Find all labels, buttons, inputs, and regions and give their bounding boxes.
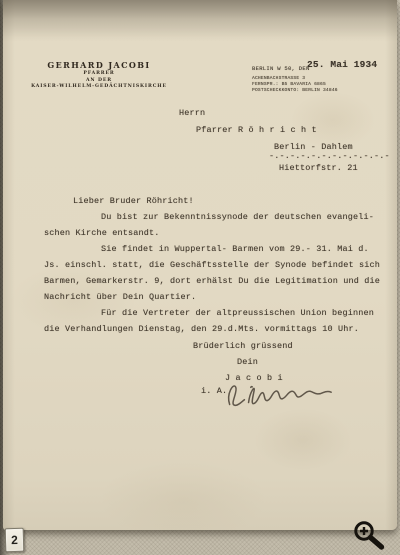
- page-number-badge: 2: [5, 528, 25, 552]
- letterhead-sender-block: GERHARD JACOBI PFARRER AN DER KAISER-WIL…: [23, 61, 175, 90]
- recipient-divider: -.-.-.-.-.-.-.-.-.-.-.-: [269, 152, 390, 161]
- body-line: Du bist zur Bekenntnissynode der deutsch…: [101, 213, 374, 222]
- page-number-label: 2: [11, 533, 18, 547]
- handwritten-signature: [216, 368, 338, 414]
- body-line: Für die Vertreter der altpreussischen Un…: [101, 309, 374, 318]
- dateline-date: 25. Mai 1934: [307, 60, 377, 69]
- body-line: schen Kirche entsandt.: [44, 229, 160, 238]
- body-line: Nachricht über Dein Quartier.: [44, 293, 196, 302]
- sender-name: GERHARD JACOBI: [23, 61, 175, 70]
- body-greeting: Lieber Bruder Röhricht!: [73, 197, 194, 206]
- paper-top-shading: [3, 0, 397, 42]
- sender-title: PFARRER: [23, 71, 175, 77]
- sender-title2: AN DER: [23, 78, 175, 84]
- body-line: Js. einschl. statt, die Geschäftsstelle …: [44, 261, 380, 270]
- sender-church: KAISER-WILHELM-GEDÄCHTNISKIRCHE: [23, 84, 175, 90]
- closing-dein: Dein: [237, 358, 258, 367]
- recipient-salutation: Herrn: [179, 109, 205, 118]
- body-line: die Verhandlungen Dienstag, den 29.d.Mts…: [44, 325, 359, 334]
- body-line: Barmen, Gemarkerstr. 9, dort erhälst Du …: [44, 277, 380, 286]
- dateline-account: POSTSCHECKKONTO: BERLIN 34846: [252, 86, 338, 95]
- zoom-in-icon[interactable]: [348, 519, 390, 552]
- recipient-name: Pfarrer R ö h r i c h t: [196, 126, 317, 135]
- closing-farewell: Brüderlich grüssend: [193, 342, 293, 351]
- document-viewer: GERHARD JACOBI PFARRER AN DER KAISER-WIL…: [0, 0, 400, 555]
- recipient-street: Hiettorfstr. 21: [279, 164, 358, 173]
- dateline-city: BERLIN W 50, DEN: [252, 64, 310, 73]
- body-line: Sie findet in Wuppertal- Barmen vom 29.-…: [101, 245, 369, 254]
- letter-page: GERHARD JACOBI PFARRER AN DER KAISER-WIL…: [3, 0, 397, 530]
